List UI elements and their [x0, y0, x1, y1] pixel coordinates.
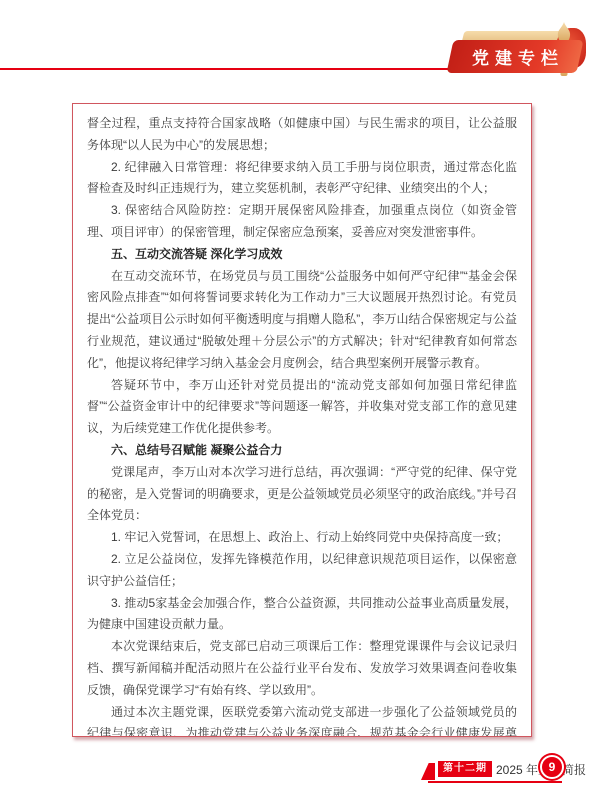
footer-ribbon-tail [421, 763, 435, 780]
footer-rule [428, 781, 562, 783]
issue-badge: 第十二期 [438, 761, 492, 777]
section-banner: 党建专栏 [440, 20, 590, 78]
banner-label: 党建专栏 [466, 44, 564, 69]
banner-ribbon: 党建专栏 [446, 40, 583, 73]
body-paragraph: 通过本次主题党课，医联党委第六流动党支部进一步强化了公益领域党员的纪律与保密意识… [87, 702, 517, 737]
body-paragraph: 2. 纪律融入日常管理：将纪律要求纳入员工手册与岗位职责，通过常态化监督检查及时… [87, 157, 517, 201]
body-paragraph: 1. 牢记入党誓词，在思想上、政治上、行动上始终同党中央保持高度一致； [87, 527, 517, 549]
article-box: 督全过程，重点支持符合国家战略（如健康中国）与民生需求的项目，让公益服务体现“以… [72, 103, 532, 737]
section-heading: 六、总结号召赋能 凝聚公益合力 [87, 440, 517, 462]
page-footer: 第十二期 2025 年工作简报 9 [0, 752, 603, 792]
body-paragraph: 2. 立足公益岗位，发挥先锋模范作用，以纪律意识规范项目运作，以保密意识守护公益… [87, 549, 517, 593]
page-number-badge: 9 [540, 755, 564, 779]
section-heading: 五、互动交流答疑 深化学习成效 [87, 244, 517, 266]
body-paragraph: 督全过程，重点支持符合国家战略（如健康中国）与民生需求的项目，让公益服务体现“以… [87, 113, 517, 157]
body-paragraph: 党课尾声，李万山对本次学习进行总结，再次强调：“严守党的纪律、保守党的秘密，是入… [87, 462, 517, 527]
header-rule [0, 68, 458, 70]
body-paragraph: 在互动交流环节，在场党员与员工围绕“公益服务中如何严守纪律”“基金会保密风险点排… [87, 266, 517, 375]
body-paragraph: 3. 推动5家基金会加强合作，整合公益资源，共同推动公益事业高质量发展，为健康中… [87, 593, 517, 637]
body-paragraph: 3. 保密结合风险防控：定期开展保密风险排查，加强重点岗位（如资金管理、项目评审… [87, 200, 517, 244]
body-paragraph: 本次党课结束后，党支部已启动三项课后工作：整理党课课件与会议记录归档、撰写新闻稿… [87, 636, 517, 701]
body-paragraph: 答疑环节中，李万山还针对党员提出的“流动党支部如何加强日常纪律监督”“公益资金审… [87, 375, 517, 440]
